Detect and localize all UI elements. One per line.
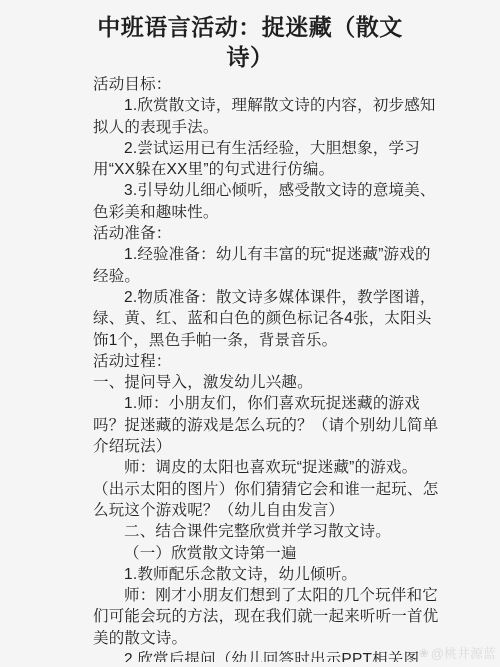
text-line: 介绍玩法） [93,436,453,457]
text-line: 活动准备： [93,223,453,244]
text-line: 2.尝试运用已有生活经验，大胆想象，学习 [93,138,453,159]
text-line: 美的散文诗。 [93,628,453,649]
text-line: 2.物质准备：散文诗多媒体课件，教学图谱， [93,287,453,308]
page-title: 中班语言活动：捉迷藏（散文 诗） [0,12,500,72]
text-line: 活动过程： [93,351,453,372]
text-line: 师：刚才小朋友们想到了太阳的几个玩伴和它 [93,585,453,606]
text-line: 1.教师配乐念散文诗，幼儿倾听。 [93,564,453,585]
watermark-text: @桃井源蓝 [431,643,496,662]
text-line: （一）欣赏散文诗第一遍 [93,543,453,564]
text-line: 用“XX躲在XX里”的句式进行仿编。 [93,159,453,180]
text-line: 2.欣赏后提问（幼儿回答时出示PPT相关图 [93,649,453,662]
flower-cluster-icon: ❀ [419,647,429,659]
document-page: 中班语言活动：捉迷藏（散文 诗） 活动目标：1.欣赏散文诗，理解散文诗的内容，初… [0,0,500,667]
text-line: 师：调皮的太阳也喜欢玩“捉迷藏”的游戏。 [93,457,453,478]
text-line: 吗？捉迷藏的游戏是怎么玩的？（请个别幼儿简单 [93,415,453,436]
document-body: 活动目标：1.欣赏散文诗，理解散文诗的内容，初步感知拟人的表现手法。2.尝试运用… [93,74,453,662]
text-line: 经验。 [93,266,453,287]
text-line: 么玩这个游戏呢？（幼儿自由发言） [93,500,453,521]
watermark: ❀ @桃井源蓝 [419,643,496,662]
text-line: 二、结合课件完整欣赏并学习散文诗。 [93,521,453,542]
text-line: 色彩美和趣味性。 [93,202,453,223]
page-title-line-1: 中班语言活动：捉迷藏（散文 [0,12,500,42]
text-line: 1.欣赏散文诗，理解散文诗的内容，初步感知 [93,95,453,116]
text-line: 一、提问导入，激发幼儿兴趣。 [93,372,453,393]
text-line: 3.引导幼儿细心倾听，感受散文诗的意境美、 [93,180,453,201]
text-line: 绿、黄、红、蓝和白色的颜色标记各4张，太阳头 [93,308,453,329]
text-line: 活动目标： [93,74,453,95]
text-line: 拟人的表现手法。 [93,117,453,138]
text-line: 们可能会玩的方法，现在我们就一起来听听一首优 [93,606,453,627]
text-line: 1.经验准备：幼儿有丰富的玩“捉迷藏”游戏的 [93,244,453,265]
text-line: 1.师：小朋友们，你们喜欢玩捉迷藏的游戏 [93,393,453,414]
page-title-line-2: 诗） [0,42,500,72]
text-line: （出示太阳的图片）你们猜猜它会和谁一起玩、怎 [93,479,453,500]
text-line: 饰1个，黑色手帕一条，背景音乐。 [93,330,453,351]
